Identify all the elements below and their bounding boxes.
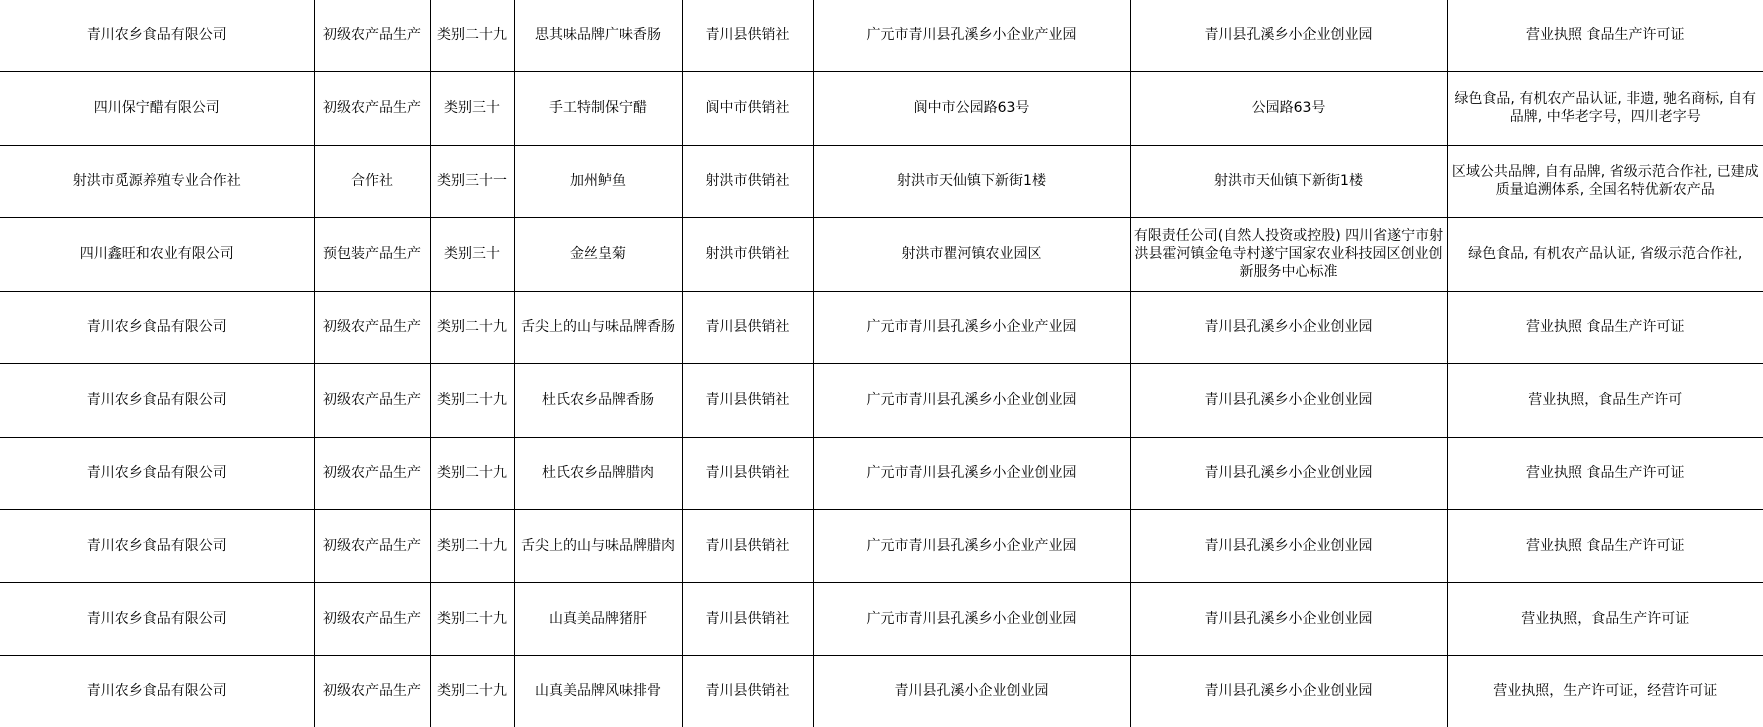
production-address-cell[interactable]: 广元市青川县孔溪乡小企业产业园 [813, 0, 1130, 71]
company-cell[interactable]: 青川农乡食品有限公司 [0, 437, 314, 509]
company-cell[interactable]: 青川农乡食品有限公司 [0, 291, 314, 363]
category-no-cell[interactable]: 类别二十九 [430, 509, 514, 582]
product-cell[interactable]: 金丝皇菊 [514, 217, 682, 291]
certifications-cell[interactable]: 营业执照，食品生产许可证 [1447, 582, 1763, 655]
category-type-cell[interactable]: 合作社 [314, 145, 430, 217]
table-row: 青川农乡食品有限公司 初级农产品生产 类别二十九 舌尖上的山与味品牌腊肉 青川县… [0, 509, 1763, 582]
registered-address-cell[interactable]: 青川县孔溪乡小企业创业园 [1130, 509, 1447, 582]
supply-coop-cell[interactable]: 青川县供销社 [682, 582, 813, 655]
supply-coop-cell[interactable]: 青川县供销社 [682, 509, 813, 582]
product-cell[interactable]: 杜氏农乡品牌香肠 [514, 363, 682, 437]
category-type-cell[interactable]: 初级农产品生产 [314, 509, 430, 582]
company-cell[interactable]: 青川农乡食品有限公司 [0, 0, 314, 71]
registered-address-cell[interactable]: 青川县孔溪乡小企业创业园 [1130, 655, 1447, 727]
registered-address-cell[interactable]: 公园路63号 [1130, 71, 1447, 145]
category-type-cell[interactable]: 初级农产品生产 [314, 363, 430, 437]
certifications-cell[interactable]: 营业执照 食品生产许可证 [1447, 509, 1763, 582]
certifications-cell[interactable]: 营业执照，食品生产许可 [1447, 363, 1763, 437]
production-address-cell[interactable]: 广元市青川县孔溪乡小企业创业园 [813, 363, 1130, 437]
company-cell[interactable]: 青川农乡食品有限公司 [0, 509, 314, 582]
supply-coop-cell[interactable]: 青川县供销社 [682, 655, 813, 727]
category-type-cell[interactable]: 预包装产品生产 [314, 217, 430, 291]
production-address-cell[interactable]: 广元市青川县孔溪乡小企业产业园 [813, 509, 1130, 582]
company-cell[interactable]: 青川农乡食品有限公司 [0, 582, 314, 655]
product-cell[interactable]: 加州鲈鱼 [514, 145, 682, 217]
certifications-cell[interactable]: 绿色食品, 有机农产品认证, 非遗, 驰名商标, 自有品牌, 中华老字号，四川老… [1447, 71, 1763, 145]
production-address-cell[interactable]: 阆中市公园路63号 [813, 71, 1130, 145]
product-table: 青川农乡食品有限公司 初级农产品生产 类别二十九 思其味品牌广味香肠 青川县供销… [0, 0, 1763, 727]
table-row: 青川农乡食品有限公司 初级农产品生产 类别二十九 舌尖上的山与味品牌香肠 青川县… [0, 291, 1763, 363]
company-cell[interactable]: 四川保宁醋有限公司 [0, 71, 314, 145]
company-cell[interactable]: 青川农乡食品有限公司 [0, 655, 314, 727]
category-no-cell[interactable]: 类别三十 [430, 217, 514, 291]
supply-coop-cell[interactable]: 青川县供销社 [682, 437, 813, 509]
certifications-cell[interactable]: 营业执照，生产许可证，经营许可证 [1447, 655, 1763, 727]
production-address-cell[interactable]: 广元市青川县孔溪乡小企业创业园 [813, 437, 1130, 509]
spreadsheet-view: 青川农乡食品有限公司 初级农产品生产 类别二十九 思其味品牌广味香肠 青川县供销… [0, 0, 1763, 727]
category-no-cell[interactable]: 类别三十 [430, 71, 514, 145]
certifications-cell[interactable]: 区域公共品牌, 自有品牌, 省级示范合作社, 已建成质量追溯体系, 全国名特优新… [1447, 145, 1763, 217]
category-no-cell[interactable]: 类别二十九 [430, 582, 514, 655]
table-row: 四川鑫旺和农业有限公司 预包装产品生产 类别三十 金丝皇菊 射洪市供销社 射洪市… [0, 217, 1763, 291]
category-type-cell[interactable]: 初级农产品生产 [314, 291, 430, 363]
company-cell[interactable]: 青川农乡食品有限公司 [0, 363, 314, 437]
product-cell[interactable]: 舌尖上的山与味品牌腊肉 [514, 509, 682, 582]
supply-coop-cell[interactable]: 青川县供销社 [682, 363, 813, 437]
category-no-cell[interactable]: 类别二十九 [430, 437, 514, 509]
category-type-cell[interactable]: 初级农产品生产 [314, 71, 430, 145]
product-cell[interactable]: 杜氏农乡品牌腊肉 [514, 437, 682, 509]
category-no-cell[interactable]: 类别二十九 [430, 655, 514, 727]
registered-address-cell[interactable]: 射洪市天仙镇下新街1楼 [1130, 145, 1447, 217]
registered-address-cell[interactable]: 有限责任公司(自然人投资或控股) 四川省遂宁市射洪县霍河镇金龟寺村遂宁国家农业科… [1130, 217, 1447, 291]
category-type-cell[interactable]: 初级农产品生产 [314, 582, 430, 655]
category-no-cell[interactable]: 类别二十九 [430, 0, 514, 71]
supply-coop-cell[interactable]: 射洪市供销社 [682, 217, 813, 291]
registered-address-cell[interactable]: 青川县孔溪乡小企业创业园 [1130, 582, 1447, 655]
registered-address-cell[interactable]: 青川县孔溪乡小企业创业园 [1130, 291, 1447, 363]
registered-address-cell[interactable]: 青川县孔溪乡小企业创业园 [1130, 363, 1447, 437]
certifications-cell[interactable]: 营业执照 食品生产许可证 [1447, 291, 1763, 363]
category-type-cell[interactable]: 初级农产品生产 [314, 0, 430, 71]
category-no-cell[interactable]: 类别三十一 [430, 145, 514, 217]
company-cell[interactable]: 四川鑫旺和农业有限公司 [0, 217, 314, 291]
table-row: 青川农乡食品有限公司 初级农产品生产 类别二十九 杜氏农乡品牌香肠 青川县供销社… [0, 363, 1763, 437]
table-row: 青川农乡食品有限公司 初级农产品生产 类别二十九 思其味品牌广味香肠 青川县供销… [0, 0, 1763, 71]
production-address-cell[interactable]: 广元市青川县孔溪乡小企业创业园 [813, 582, 1130, 655]
certifications-cell[interactable]: 营业执照 食品生产许可证 [1447, 437, 1763, 509]
category-type-cell[interactable]: 初级农产品生产 [314, 437, 430, 509]
product-cell[interactable]: 舌尖上的山与味品牌香肠 [514, 291, 682, 363]
registered-address-cell[interactable]: 青川县孔溪乡小企业创业园 [1130, 437, 1447, 509]
table-row: 青川农乡食品有限公司 初级农产品生产 类别二十九 山真美品牌猪肝 青川县供销社 … [0, 582, 1763, 655]
supply-coop-cell[interactable]: 青川县供销社 [682, 291, 813, 363]
table-row: 青川农乡食品有限公司 初级农产品生产 类别二十九 山真美品牌风味排骨 青川县供销… [0, 655, 1763, 727]
table-row: 射洪市觅源养殖专业合作社 合作社 类别三十一 加州鲈鱼 射洪市供销社 射洪市天仙… [0, 145, 1763, 217]
table-row: 青川农乡食品有限公司 初级农产品生产 类别二十九 杜氏农乡品牌腊肉 青川县供销社… [0, 437, 1763, 509]
company-cell[interactable]: 射洪市觅源养殖专业合作社 [0, 145, 314, 217]
production-address-cell[interactable]: 广元市青川县孔溪乡小企业产业园 [813, 291, 1130, 363]
supply-coop-cell[interactable]: 阆中市供销社 [682, 71, 813, 145]
certifications-cell[interactable]: 营业执照 食品生产许可证 [1447, 0, 1763, 71]
product-cell[interactable]: 思其味品牌广味香肠 [514, 0, 682, 71]
category-no-cell[interactable]: 类别二十九 [430, 363, 514, 437]
supply-coop-cell[interactable]: 青川县供销社 [682, 0, 813, 71]
category-type-cell[interactable]: 初级农产品生产 [314, 655, 430, 727]
table-row: 四川保宁醋有限公司 初级农产品生产 类别三十 手工特制保宁醋 阆中市供销社 阆中… [0, 71, 1763, 145]
product-cell[interactable]: 山真美品牌猪肝 [514, 582, 682, 655]
certifications-cell[interactable]: 绿色食品, 有机农产品认证, 省级示范合作社, [1447, 217, 1763, 291]
production-address-cell[interactable]: 射洪市瞿河镇农业园区 [813, 217, 1130, 291]
production-address-cell[interactable]: 射洪市天仙镇下新街1楼 [813, 145, 1130, 217]
production-address-cell[interactable]: 青川县孔溪小企业创业园 [813, 655, 1130, 727]
category-no-cell[interactable]: 类别二十九 [430, 291, 514, 363]
product-cell[interactable]: 山真美品牌风味排骨 [514, 655, 682, 727]
supply-coop-cell[interactable]: 射洪市供销社 [682, 145, 813, 217]
product-cell[interactable]: 手工特制保宁醋 [514, 71, 682, 145]
registered-address-cell[interactable]: 青川县孔溪乡小企业创业园 [1130, 0, 1447, 71]
